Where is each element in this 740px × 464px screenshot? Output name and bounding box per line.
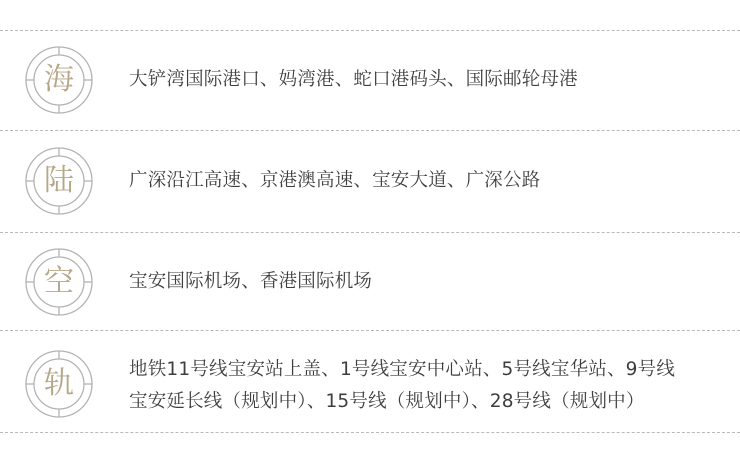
transport-row-sea: 海 大铲湾国际港口、妈湾港、蛇口港码头、国际邮轮母港	[0, 30, 740, 130]
description-line: 广深沿江高速、京港澳高速、宝安大道、广深公路	[129, 165, 540, 197]
emblem-glyph: 轨	[25, 350, 93, 418]
row-description: 地铁11号线宝安站上盖、1号线宝安中心站、5号线宝华站、9号线 宝安延长线（规划…	[129, 354, 675, 418]
description-line: 大铲湾国际港口、妈湾港、蛇口港码头、国际邮轮母港	[129, 64, 578, 96]
divider-bottom	[0, 432, 740, 433]
description-line: 宝安延长线（规划中）、15号线（规划中）、28号线（规划中）	[129, 386, 675, 418]
row-description: 广深沿江高速、京港澳高速、宝安大道、广深公路	[129, 165, 540, 197]
rail-emblem-icon: 轨	[25, 350, 93, 418]
transport-row-land: 陆 广深沿江高速、京港澳高速、宝安大道、广深公路	[0, 130, 740, 232]
sea-emblem-icon: 海	[25, 46, 93, 114]
row-description: 大铲湾国际港口、妈湾港、蛇口港码头、国际邮轮母港	[129, 64, 578, 96]
transport-row-air: 空 宝安国际机场、香港国际机场	[0, 232, 740, 330]
air-emblem-icon: 空	[25, 248, 93, 316]
land-emblem-icon: 陆	[25, 147, 93, 215]
transport-row-rail: 轨 地铁11号线宝安站上盖、1号线宝安中心站、5号线宝华站、9号线 宝安延长线（…	[0, 330, 740, 432]
row-description: 宝安国际机场、香港国际机场	[129, 266, 372, 298]
emblem-glyph: 空	[25, 248, 93, 316]
emblem-glyph: 陆	[25, 147, 93, 215]
description-line: 地铁11号线宝安站上盖、1号线宝安中心站、5号线宝华站、9号线	[129, 354, 675, 386]
description-line: 宝安国际机场、香港国际机场	[129, 266, 372, 298]
emblem-glyph: 海	[25, 46, 93, 114]
